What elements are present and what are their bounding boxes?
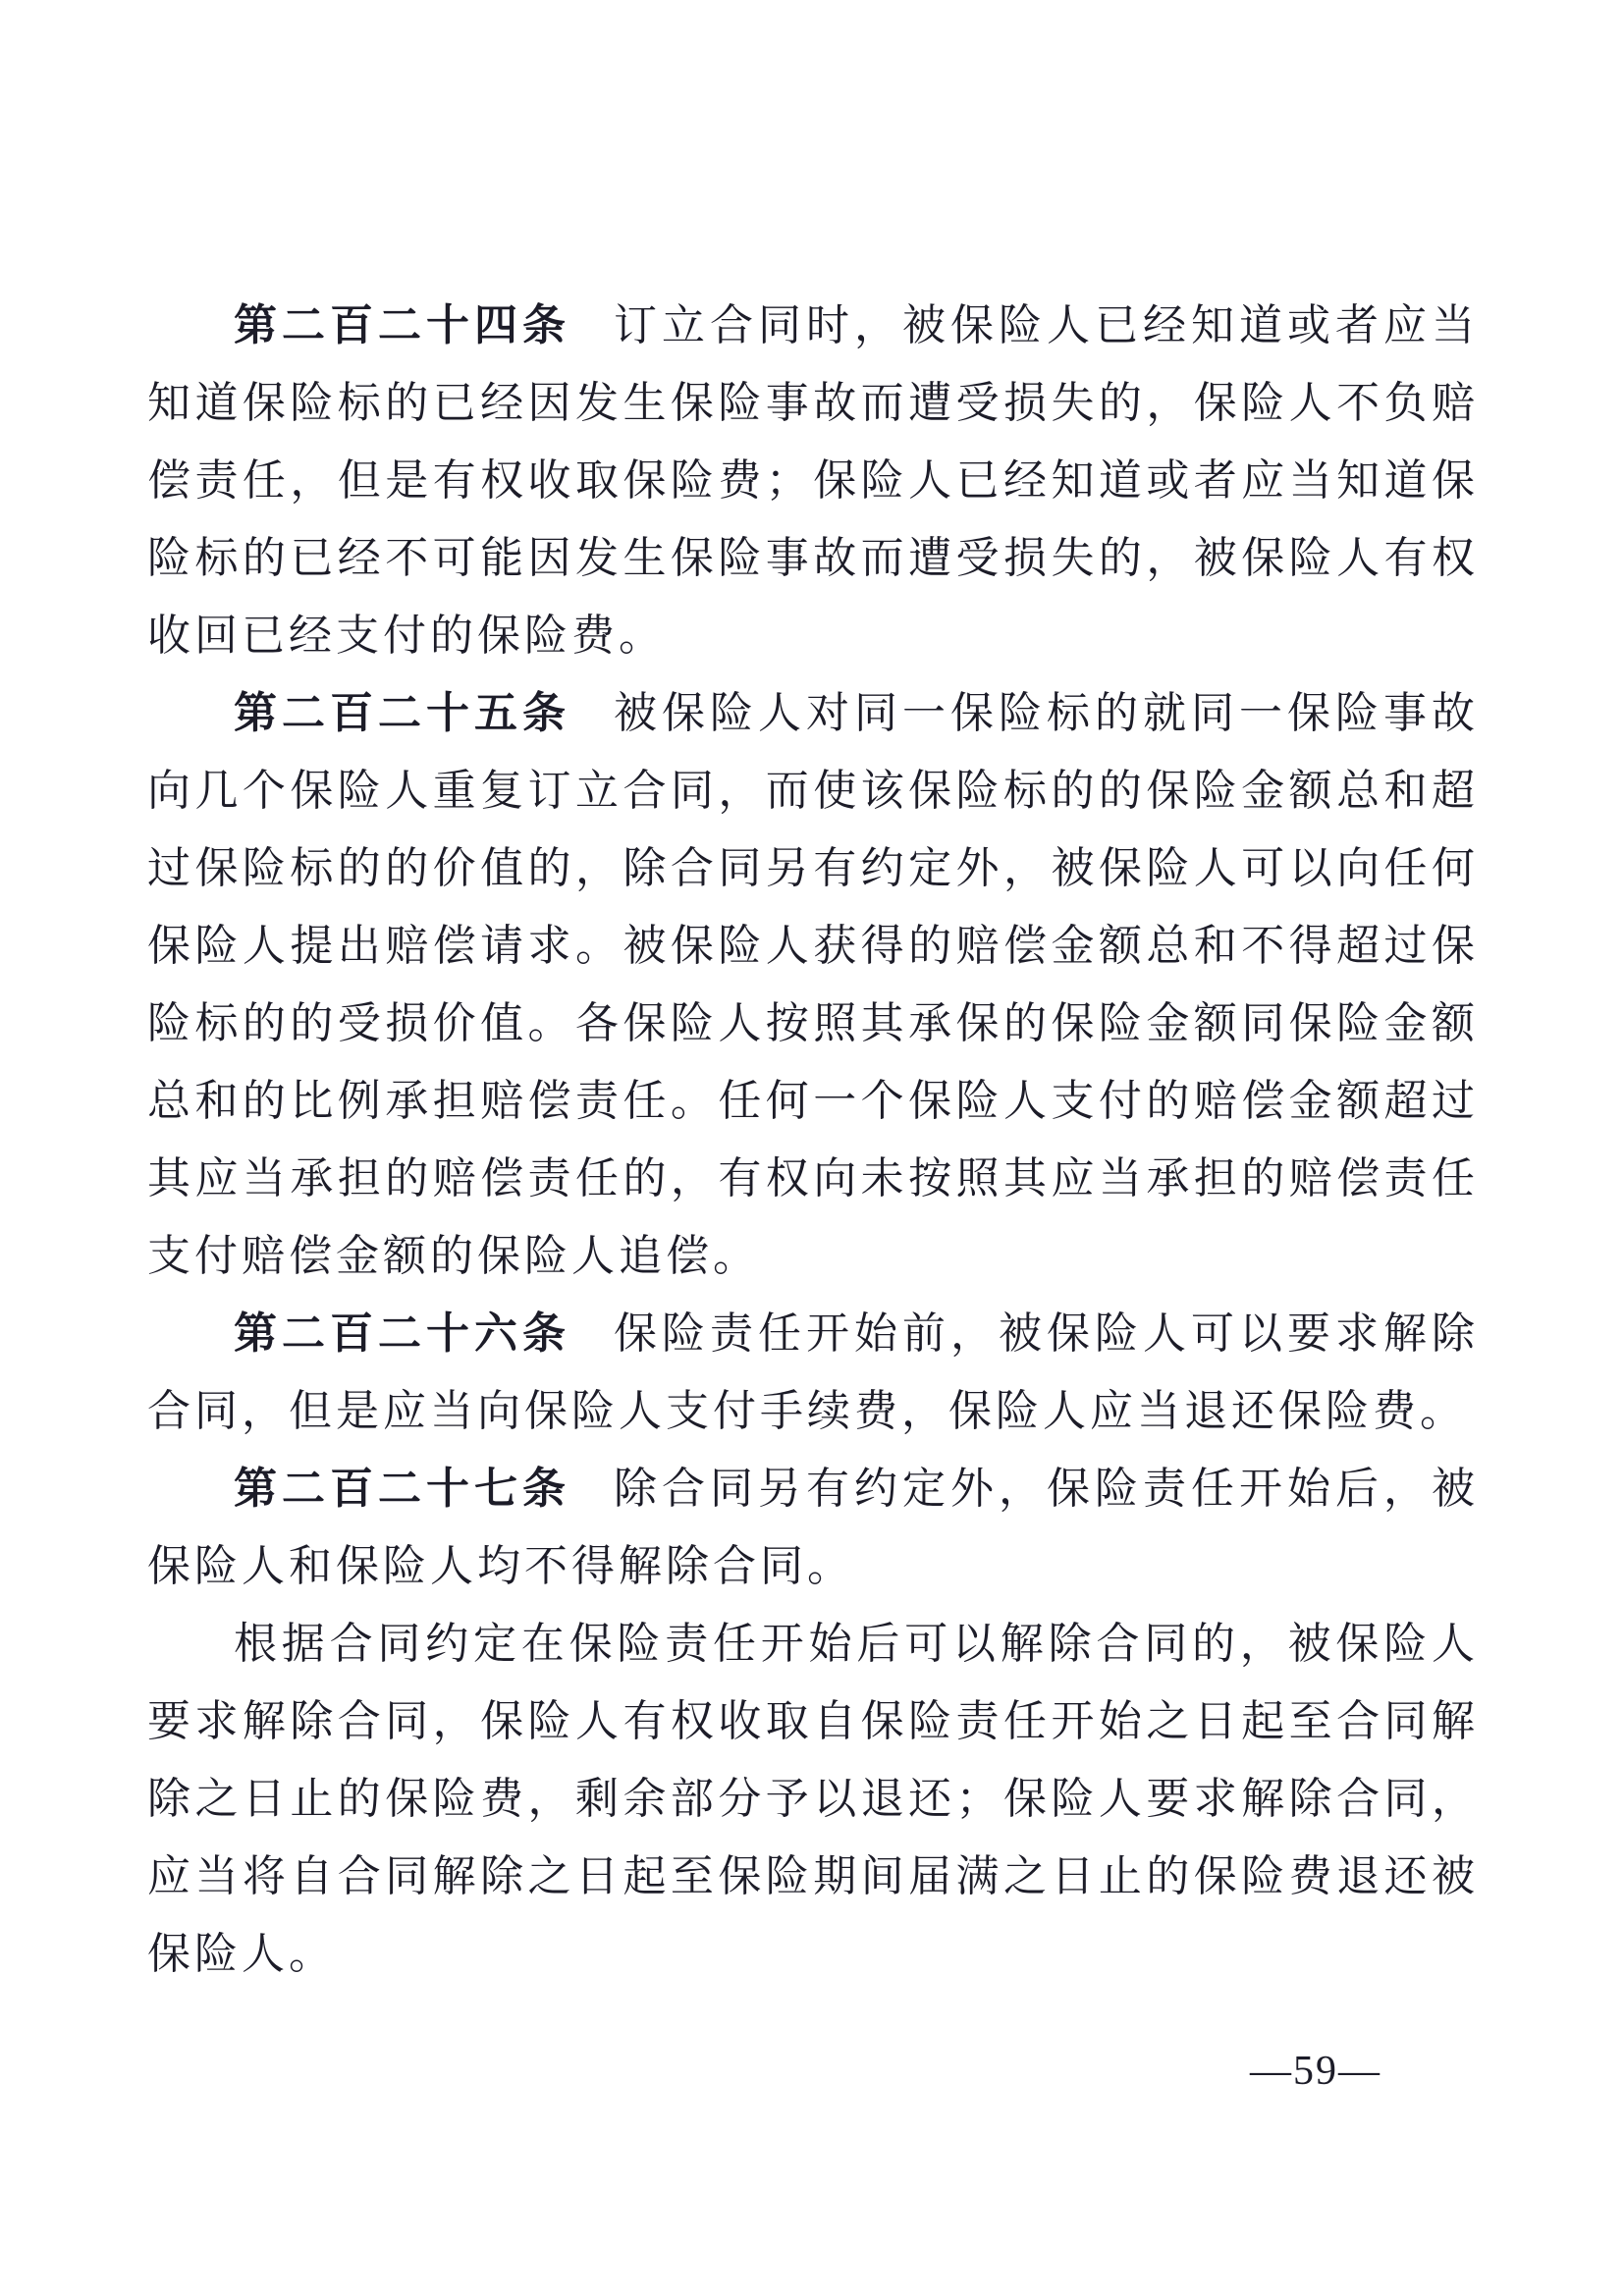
- article-224-text: 订立合同时，被保险人已经知道或者应当知道保险标的已经因发生保险事故而遭受损失的，…: [147, 301, 1479, 660]
- article-227-second-paragraph: 根据合同约定在保险责任开始后可以解除合同的，被保险人要求解除合同，保险人有权收取…: [147, 1605, 1479, 1993]
- article-227-number: 第二百二十七条: [234, 1465, 570, 1513]
- article-227-second-paragraph-text: 根据合同约定在保险责任开始后可以解除合同的，被保险人要求解除合同，保险人有权收取…: [147, 1620, 1479, 1978]
- article-text-block: 第二百二十四条订立合同时，被保险人已经知道或者应当知道保险标的已经因发生保险事故…: [147, 287, 1479, 1993]
- document-page: 第二百二十四条订立合同时，被保险人已经知道或者应当知道保险标的已经因发生保险事故…: [0, 0, 1624, 2296]
- article-227-paragraph: 第二百二十七条除合同另有约定外，保险责任开始后，被保险人和保险人均不得解除合同。: [147, 1450, 1479, 1605]
- article-225-paragraph: 第二百二十五条被保险人对同一保险标的就同一保险事故向几个保险人重复订立合同，而使…: [147, 674, 1479, 1295]
- article-226-number: 第二百二十六条: [234, 1309, 570, 1358]
- article-225-number: 第二百二十五条: [234, 689, 570, 737]
- article-224-paragraph: 第二百二十四条订立合同时，被保险人已经知道或者应当知道保险标的已经因发生保险事故…: [147, 287, 1479, 674]
- article-226-paragraph: 第二百二十六条保险责任开始前，被保险人可以要求解除合同，但是应当向保险人支付手续…: [147, 1295, 1479, 1450]
- page-number: —59—: [1250, 2048, 1381, 2095]
- article-224-number: 第二百二十四条: [234, 301, 570, 349]
- article-225-text: 被保险人对同一保险标的就同一保险事故向几个保险人重复订立合同，而使该保险标的的保…: [147, 689, 1479, 1280]
